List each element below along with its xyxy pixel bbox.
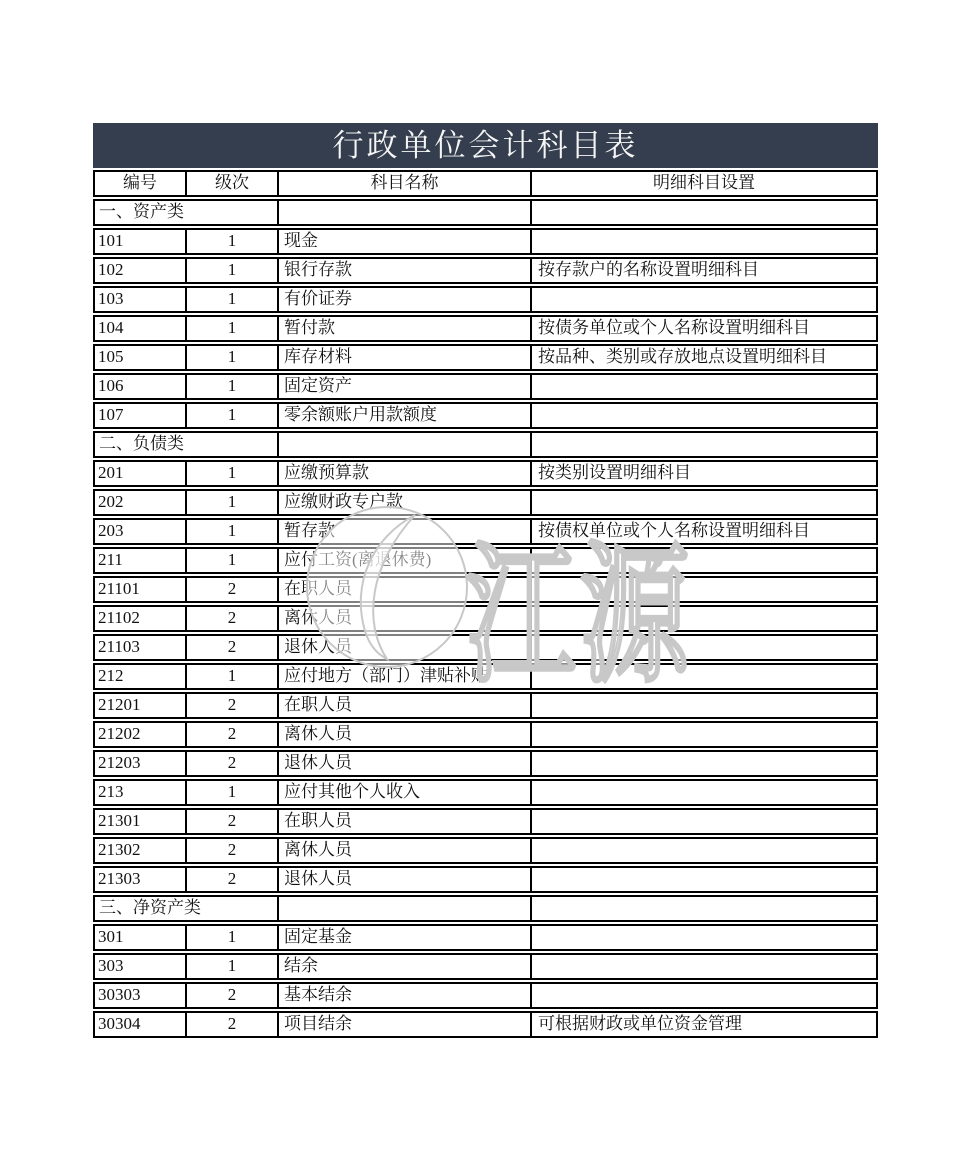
- table-row: 213012在职人员: [93, 808, 878, 835]
- detail-cell: [530, 926, 876, 949]
- code-cell: 102: [95, 259, 185, 282]
- level-cell: 2: [185, 810, 277, 833]
- level-cell: 1: [185, 230, 277, 253]
- detail-cell: [530, 201, 876, 224]
- subject-name-cell: 在职人员: [277, 810, 530, 833]
- table-title: 行政单位会计科目表: [93, 123, 878, 168]
- col-header-level: 级次: [185, 172, 277, 195]
- code-cell: 105: [95, 346, 185, 369]
- level-cell: 2: [185, 752, 277, 775]
- header-row: 编号 级次 科目名称 明细科目设置: [93, 170, 878, 197]
- level-cell: 1: [185, 375, 277, 398]
- subject-name-cell: 零余额账户用款额度: [277, 404, 530, 427]
- section-row: 三、净资产类: [93, 895, 878, 922]
- subject-name-cell: 在职人员: [277, 578, 530, 601]
- code-cell: 106: [95, 375, 185, 398]
- code-cell: 21202: [95, 723, 185, 746]
- section-label: 一、资产类: [95, 201, 277, 224]
- code-cell: 21203: [95, 752, 185, 775]
- col-header-code: 编号: [95, 172, 185, 195]
- table-row: 1051库存材料按品种、类别或存放地点设置明细科目: [93, 344, 878, 371]
- detail-cell: [530, 955, 876, 978]
- detail-cell: 按类别设置明细科目: [530, 462, 876, 485]
- detail-cell: 按债权单位或个人名称设置明细科目: [530, 520, 876, 543]
- subject-name-cell: [277, 201, 530, 224]
- code-cell: 30304: [95, 1013, 185, 1036]
- subject-name-cell: 退休人员: [277, 868, 530, 891]
- detail-cell: [530, 433, 876, 456]
- code-cell: 21101: [95, 578, 185, 601]
- col-header-subject-name: 科目名称: [277, 172, 530, 195]
- subject-name-cell: 有价证券: [277, 288, 530, 311]
- detail-cell: 按债务单位或个人名称设置明细科目: [530, 317, 876, 340]
- detail-cell: [530, 578, 876, 601]
- code-cell: 21103: [95, 636, 185, 659]
- table-row: 1071零余额账户用款额度: [93, 402, 878, 429]
- code-cell: 301: [95, 926, 185, 949]
- detail-cell: [530, 810, 876, 833]
- table-row: 3011固定基金: [93, 924, 878, 951]
- subject-name-cell: 基本结余: [277, 984, 530, 1007]
- subject-name-cell: 离休人员: [277, 607, 530, 630]
- subject-name-cell: 银行存款: [277, 259, 530, 282]
- subject-name-cell: 应付其他个人收入: [277, 781, 530, 804]
- code-cell: 21303: [95, 868, 185, 891]
- code-cell: 202: [95, 491, 185, 514]
- table-row: 212032退休人员: [93, 750, 878, 777]
- level-cell: 2: [185, 1013, 277, 1036]
- table-body: 一、资产类1011现金1021银行存款按存款户的名称设置明细科目1031有价证券…: [93, 199, 878, 1038]
- level-cell: 2: [185, 636, 277, 659]
- col-header-detail-setting: 明细科目设置: [530, 172, 876, 195]
- detail-cell: [530, 230, 876, 253]
- code-cell: 21102: [95, 607, 185, 630]
- code-cell: 103: [95, 288, 185, 311]
- table-row: 303042项目结余可根据财政或单位资金管理: [93, 1011, 878, 1038]
- detail-cell: [530, 404, 876, 427]
- table-row: 211022离休人员: [93, 605, 878, 632]
- level-cell: 1: [185, 346, 277, 369]
- code-cell: 107: [95, 404, 185, 427]
- detail-cell: 可根据财政或单位资金管理: [530, 1013, 876, 1036]
- detail-cell: [530, 723, 876, 746]
- table-row: 2021应缴财政专户款: [93, 489, 878, 516]
- level-cell: 2: [185, 868, 277, 891]
- level-cell: 1: [185, 491, 277, 514]
- table-row: 2121应付地方（部门）津贴补贴: [93, 663, 878, 690]
- table-row: 1021银行存款按存款户的名称设置明细科目: [93, 257, 878, 284]
- table-row: 212022离休人员: [93, 721, 878, 748]
- detail-cell: [530, 549, 876, 572]
- detail-cell: [530, 607, 876, 630]
- section-label: 三、净资产类: [95, 897, 277, 920]
- detail-cell: [530, 694, 876, 717]
- table-row: 212012在职人员: [93, 692, 878, 719]
- code-cell: 203: [95, 520, 185, 543]
- code-cell: 21302: [95, 839, 185, 862]
- account-subject-table: 行政单位会计科目表 编号 级次 科目名称 明细科目设置 一、资产类1011现金1…: [93, 123, 878, 1038]
- detail-cell: [530, 491, 876, 514]
- subject-name-cell: 现金: [277, 230, 530, 253]
- code-cell: 104: [95, 317, 185, 340]
- level-cell: 1: [185, 955, 277, 978]
- code-cell: 213: [95, 781, 185, 804]
- level-cell: 1: [185, 781, 277, 804]
- detail-cell: [530, 288, 876, 311]
- detail-cell: [530, 375, 876, 398]
- subject-name-cell: 固定资产: [277, 375, 530, 398]
- subject-name-cell: 应付工资(离退休费): [277, 549, 530, 572]
- table-row: 3031结余: [93, 953, 878, 980]
- code-cell: 201: [95, 462, 185, 485]
- level-cell: 2: [185, 723, 277, 746]
- subject-name-cell: 应付地方（部门）津贴补贴: [277, 665, 530, 688]
- detail-cell: [530, 781, 876, 804]
- level-cell: 2: [185, 578, 277, 601]
- subject-name-cell: 应缴财政专户款: [277, 491, 530, 514]
- detail-cell: [530, 636, 876, 659]
- table-row: 303032基本结余: [93, 982, 878, 1009]
- detail-cell: [530, 984, 876, 1007]
- subject-name-cell: 退休人员: [277, 752, 530, 775]
- level-cell: 2: [185, 984, 277, 1007]
- level-cell: 2: [185, 694, 277, 717]
- table-row: 211032退休人员: [93, 634, 878, 661]
- detail-cell: [530, 665, 876, 688]
- table-row: 213032退休人员: [93, 866, 878, 893]
- level-cell: 1: [185, 926, 277, 949]
- subject-name-cell: 库存材料: [277, 346, 530, 369]
- level-cell: 1: [185, 549, 277, 572]
- table-row: 2111应付工资(离退休费): [93, 547, 878, 574]
- subject-name-cell: 离休人员: [277, 839, 530, 862]
- subject-name-cell: [277, 897, 530, 920]
- level-cell: 1: [185, 404, 277, 427]
- table-row: 1061固定资产: [93, 373, 878, 400]
- subject-name-cell: 在职人员: [277, 694, 530, 717]
- table-row: 1031有价证券: [93, 286, 878, 313]
- subject-name-cell: 离休人员: [277, 723, 530, 746]
- code-cell: 30303: [95, 984, 185, 1007]
- section-label: 二、负债类: [95, 433, 277, 456]
- detail-cell: [530, 868, 876, 891]
- code-cell: 303: [95, 955, 185, 978]
- detail-cell: [530, 897, 876, 920]
- subject-name-cell: 结余: [277, 955, 530, 978]
- level-cell: 1: [185, 462, 277, 485]
- level-cell: 1: [185, 520, 277, 543]
- level-cell: 1: [185, 665, 277, 688]
- page: 行政单位会计科目表 编号 级次 科目名称 明细科目设置 一、资产类1011现金1…: [0, 0, 970, 1163]
- subject-name-cell: [277, 433, 530, 456]
- code-cell: 101: [95, 230, 185, 253]
- table-row: 1011现金: [93, 228, 878, 255]
- detail-cell: 按存款户的名称设置明细科目: [530, 259, 876, 282]
- code-cell: 21301: [95, 810, 185, 833]
- subject-name-cell: 项目结余: [277, 1013, 530, 1036]
- table-row: 2011应缴预算款按类别设置明细科目: [93, 460, 878, 487]
- subject-name-cell: 暂付款: [277, 317, 530, 340]
- code-cell: 21201: [95, 694, 185, 717]
- subject-name-cell: 应缴预算款: [277, 462, 530, 485]
- table-row: 1041暂付款按债务单位或个人名称设置明细科目: [93, 315, 878, 342]
- table-row: 2131应付其他个人收入: [93, 779, 878, 806]
- level-cell: 1: [185, 259, 277, 282]
- subject-name-cell: 固定基金: [277, 926, 530, 949]
- code-cell: 212: [95, 665, 185, 688]
- detail-cell: 按品种、类别或存放地点设置明细科目: [530, 346, 876, 369]
- detail-cell: [530, 752, 876, 775]
- table-row: 211012在职人员: [93, 576, 878, 603]
- table-row: 213022离休人员: [93, 837, 878, 864]
- level-cell: 1: [185, 288, 277, 311]
- subject-name-cell: 退休人员: [277, 636, 530, 659]
- code-cell: 211: [95, 549, 185, 572]
- section-row: 二、负债类: [93, 431, 878, 458]
- section-row: 一、资产类: [93, 199, 878, 226]
- table-row: 2031暂存款按债权单位或个人名称设置明细科目: [93, 518, 878, 545]
- level-cell: 1: [185, 317, 277, 340]
- detail-cell: [530, 839, 876, 862]
- level-cell: 2: [185, 839, 277, 862]
- level-cell: 2: [185, 607, 277, 630]
- subject-name-cell: 暂存款: [277, 520, 530, 543]
